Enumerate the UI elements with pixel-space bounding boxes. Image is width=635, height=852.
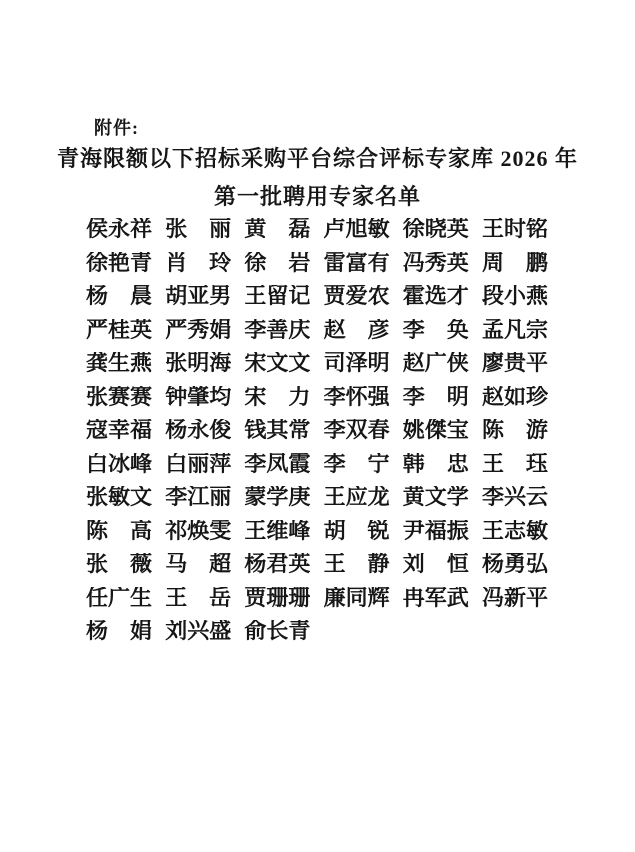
expert-name: 李兴云 bbox=[482, 486, 548, 509]
expert-name: 雷富有 bbox=[324, 252, 390, 275]
expert-name: 姚傑宝 bbox=[403, 419, 469, 442]
expert-name: 周鹏 bbox=[482, 252, 548, 275]
expert-name: 钱其常 bbox=[244, 419, 310, 442]
expert-name: 李怀强 bbox=[324, 386, 390, 409]
expert-name: 杨娟 bbox=[86, 620, 152, 643]
expert-name: 陈游 bbox=[482, 419, 548, 442]
name-row: 白冰峰白丽萍李凤霞李宁韩忠王珏 bbox=[86, 453, 548, 476]
expert-name: 胡锐 bbox=[324, 520, 390, 543]
expert-name: 司泽明 bbox=[324, 352, 390, 375]
expert-name: 徐岩 bbox=[244, 252, 310, 275]
expert-name: 杨晨 bbox=[86, 285, 152, 308]
expert-name: 李双春 bbox=[324, 419, 390, 442]
expert-name: 王静 bbox=[324, 553, 390, 576]
expert-name: 马超 bbox=[165, 553, 231, 576]
expert-name: 霍选才 bbox=[403, 285, 469, 308]
name-row: 张赛赛钟肇均宋力李怀强李明赵如珍 bbox=[86, 386, 548, 409]
expert-name: 严秀娟 bbox=[165, 319, 231, 342]
expert-name: 徐晓英 bbox=[403, 218, 469, 241]
expert-name: 李凤霞 bbox=[244, 453, 310, 476]
expert-name: 李江丽 bbox=[165, 486, 231, 509]
document-title-line-1: 青海限额以下招标采购平台综合评标专家库 2026 年 bbox=[0, 140, 635, 178]
expert-name: 段小燕 bbox=[482, 285, 548, 308]
expert-name: 杨永俊 bbox=[165, 419, 231, 442]
expert-name: 贾爱农 bbox=[324, 285, 390, 308]
expert-name: 王留记 bbox=[244, 285, 310, 308]
expert-name: 龚生燕 bbox=[86, 352, 152, 375]
expert-name: 徐艳青 bbox=[86, 252, 152, 275]
expert-name: 严桂英 bbox=[86, 319, 152, 342]
expert-name: 王维峰 bbox=[244, 520, 310, 543]
expert-name: 李宁 bbox=[324, 453, 390, 476]
name-row: 张薇马超杨君英王静刘恒杨勇弘 bbox=[86, 553, 548, 576]
expert-name: 王岳 bbox=[165, 587, 231, 610]
expert-name: 李明 bbox=[403, 386, 469, 409]
expert-name: 卢旭敏 bbox=[324, 218, 390, 241]
expert-name: 杨勇弘 bbox=[482, 553, 548, 576]
document-title-line-2: 第一批聘用专家名单 bbox=[0, 178, 635, 216]
expert-name: 宋文文 bbox=[244, 352, 310, 375]
expert-name: 白冰峰 bbox=[86, 453, 152, 476]
name-row: 徐艳青肖玲徐岩雷富有冯秀英周鹏 bbox=[86, 252, 548, 275]
expert-name: 冯秀英 bbox=[403, 252, 469, 275]
expert-name: 李奂 bbox=[403, 319, 469, 342]
expert-name: 张敏文 bbox=[86, 486, 152, 509]
expert-name: 赵如珍 bbox=[482, 386, 548, 409]
expert-name: 张丽 bbox=[165, 218, 231, 241]
expert-name: 陈高 bbox=[86, 520, 152, 543]
expert-name: 蒙学庚 bbox=[244, 486, 310, 509]
expert-name: 肖玲 bbox=[165, 252, 231, 275]
expert-name: 张明海 bbox=[165, 352, 231, 375]
expert-name: 廖贵平 bbox=[482, 352, 548, 375]
expert-name: 刘恒 bbox=[403, 553, 469, 576]
expert-name: 黄磊 bbox=[244, 218, 310, 241]
document-page: 附件: 青海限额以下招标采购平台综合评标专家库 2026 年 第一批聘用专家名单… bbox=[0, 0, 635, 852]
expert-name: 寇幸福 bbox=[86, 419, 152, 442]
name-row: 陈高祁焕雯王维峰胡锐尹福振王志敏 bbox=[86, 520, 548, 543]
name-row: 杨晨胡亚男王留记贾爱农霍选才段小燕 bbox=[86, 285, 548, 308]
expert-name: 冯新平 bbox=[482, 587, 548, 610]
name-row: 严桂英严秀娟李善庆赵彦李奂孟凡宗 bbox=[86, 319, 548, 342]
name-row: 杨娟刘兴盛俞长青 bbox=[86, 620, 548, 643]
expert-name: 孟凡宗 bbox=[482, 319, 548, 342]
name-row: 寇幸福杨永俊钱其常李双春姚傑宝陈游 bbox=[86, 419, 548, 442]
expert-name: 王时铭 bbox=[482, 218, 548, 241]
expert-name-list: 侯永祥张丽黄磊卢旭敏徐晓英王时铭徐艳青肖玲徐岩雷富有冯秀英周鹏杨晨胡亚男王留记贾… bbox=[86, 218, 548, 654]
expert-name: 廉同辉 bbox=[324, 587, 390, 610]
name-row: 侯永祥张丽黄磊卢旭敏徐晓英王时铭 bbox=[86, 218, 548, 241]
attachment-label: 附件: bbox=[94, 114, 139, 140]
name-row: 张敏文李江丽蒙学庚王应龙黄文学李兴云 bbox=[86, 486, 548, 509]
expert-name: 王应龙 bbox=[324, 486, 390, 509]
expert-name: 俞长青 bbox=[244, 620, 310, 643]
expert-name: 宋力 bbox=[244, 386, 310, 409]
expert-name: 李善庆 bbox=[244, 319, 310, 342]
expert-name: 赵广侠 bbox=[403, 352, 469, 375]
expert-name: 张薇 bbox=[86, 553, 152, 576]
expert-name: 张赛赛 bbox=[86, 386, 152, 409]
expert-name: 贾珊珊 bbox=[244, 587, 310, 610]
expert-name: 黄文学 bbox=[403, 486, 469, 509]
expert-name: 刘兴盛 bbox=[165, 620, 231, 643]
expert-name: 胡亚男 bbox=[165, 285, 231, 308]
expert-name: 任广生 bbox=[86, 587, 152, 610]
expert-name: 钟肇均 bbox=[165, 386, 231, 409]
name-row: 龚生燕张明海宋文文司泽明赵广侠廖贵平 bbox=[86, 352, 548, 375]
expert-name: 韩忠 bbox=[403, 453, 469, 476]
expert-name: 王珏 bbox=[482, 453, 548, 476]
document-title: 青海限额以下招标采购平台综合评标专家库 2026 年 第一批聘用专家名单 bbox=[0, 140, 635, 216]
name-row: 任广生王岳贾珊珊廉同辉冉军武冯新平 bbox=[86, 587, 548, 610]
expert-name: 祁焕雯 bbox=[165, 520, 231, 543]
expert-name: 冉军武 bbox=[403, 587, 469, 610]
expert-name: 尹福振 bbox=[403, 520, 469, 543]
expert-name: 赵彦 bbox=[324, 319, 390, 342]
expert-name: 王志敏 bbox=[482, 520, 548, 543]
expert-name: 白丽萍 bbox=[165, 453, 231, 476]
expert-name: 侯永祥 bbox=[86, 218, 152, 241]
expert-name: 杨君英 bbox=[244, 553, 310, 576]
